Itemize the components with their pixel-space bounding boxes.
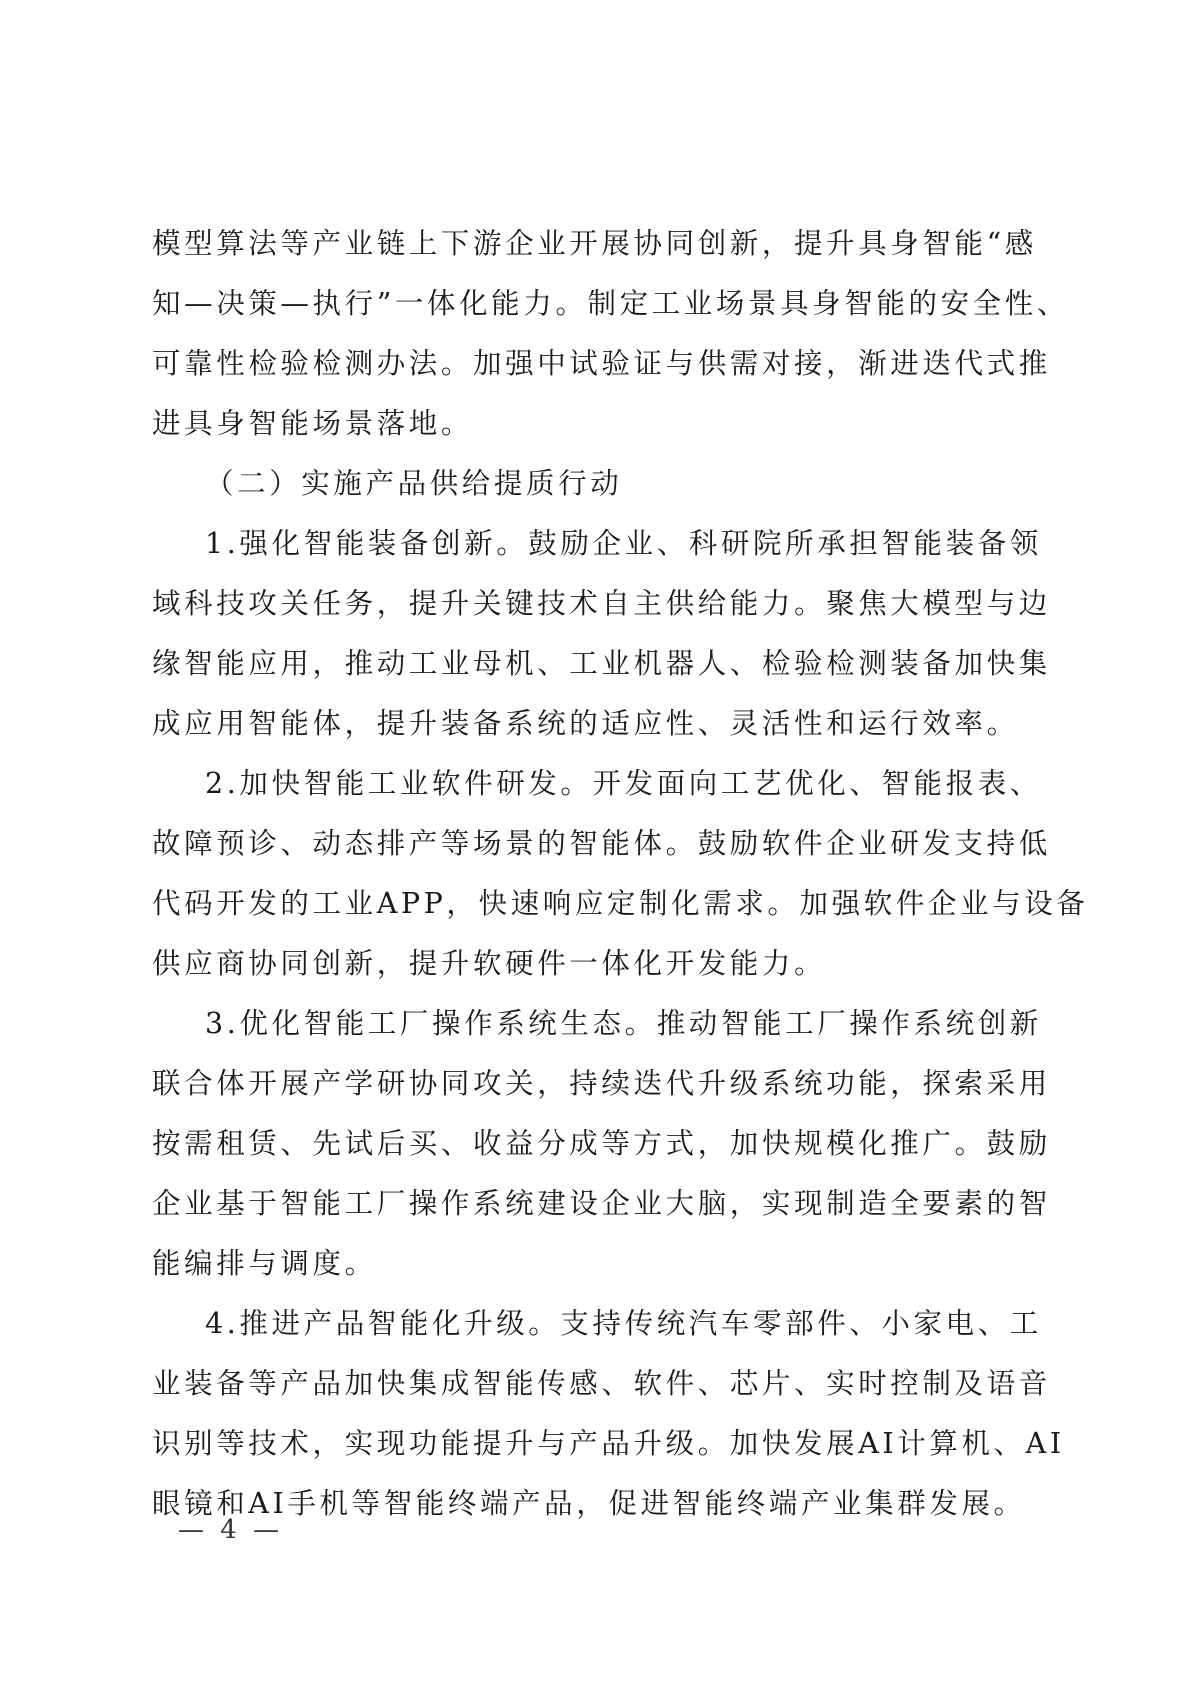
document-page: 模型算法等产业链上下游企业开展协同创新，提升具身智能“感知—决策—执行”一体化能… — [0, 0, 1190, 1684]
paragraph-line: 联合体开展产学研协同攻关，持续迭代升级系统功能，探索采用 — [152, 1055, 1032, 1113]
paragraph-line: 企业基于智能工厂操作系统建设企业大脑，实现制造全要素的智 — [152, 1175, 1032, 1233]
paragraph-line: 能编排与调度。 — [152, 1235, 1032, 1293]
paragraph-line: 业装备等产品加快集成智能传感、软件、芯片、实时控制及语音 — [152, 1355, 1032, 1413]
paragraph-line: 1.强化智能装备创新。鼓励企业、科研院所承担智能装备领 — [205, 515, 1035, 573]
paragraph-line: 眼镜和AI手机等智能终端产品，促进智能终端产业集群发展。 — [152, 1475, 1032, 1533]
paragraph-line: 供应商协同创新，提升软硬件一体化开发能力。 — [152, 935, 1032, 993]
paragraph-line: 2.加快智能工业软件研发。开发面向工艺优化、智能报表、 — [205, 755, 1035, 813]
paragraph-line: 知—决策—执行”一体化能力。制定工业场景具身智能的安全性、 — [152, 275, 1032, 333]
paragraph-line: 故障预诊、动态排产等场景的智能体。鼓励软件企业研发支持低 — [152, 815, 1032, 873]
paragraph-line: 识别等技术，实现功能提升与产品升级。加快发展AI计算机、AI — [152, 1415, 1032, 1473]
paragraph-line: 缘智能应用，推动工业母机、工业机器人、检验检测装备加快集 — [152, 635, 1032, 693]
paragraph-line: 可靠性检验检测办法。加强中试验证与供需对接，渐进迭代式推 — [152, 335, 1032, 393]
paragraph-line: 模型算法等产业链上下游企业开展协同创新，提升具身智能“感 — [152, 215, 1032, 273]
paragraph-line: 进具身智能场景落地。 — [152, 395, 1032, 453]
paragraph-line: 4.推进产品智能化升级。支持传统汽车零部件、小家电、工 — [205, 1295, 1035, 1353]
paragraph-line: 3.优化智能工厂操作系统生态。推动智能工厂操作系统创新 — [205, 995, 1035, 1053]
section-heading: （二）实施产品供给提质行动 — [205, 455, 1085, 513]
paragraph-line: 按需租赁、先试后买、收益分成等方式，加快规模化推广。鼓励 — [152, 1115, 1032, 1173]
page-number: — 4 — — [178, 1510, 283, 1550]
paragraph-line: 代码开发的工业APP，快速响应定制化需求。加强软件企业与设备 — [152, 875, 1032, 933]
paragraph-line: 成应用智能体，提升装备系统的适应性、灵活性和运行效率。 — [152, 695, 1032, 753]
paragraph-line: 域科技攻关任务，提升关键技术自主供给能力。聚焦大模型与边 — [152, 575, 1032, 633]
